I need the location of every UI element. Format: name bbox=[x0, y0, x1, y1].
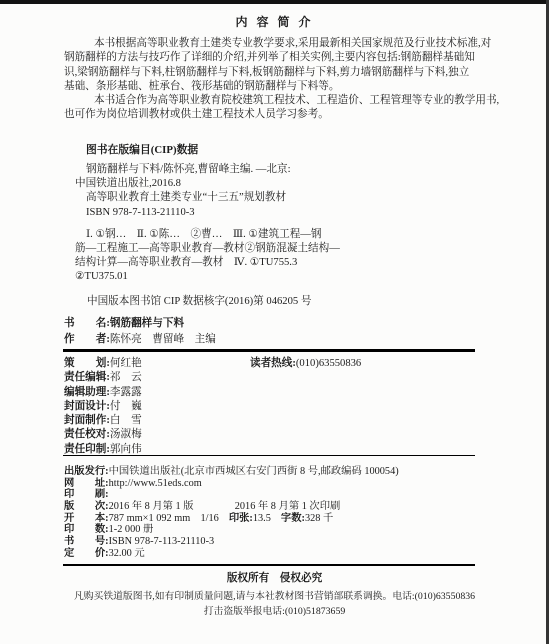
publishing-label: 开 本: bbox=[64, 513, 109, 524]
wordcount-label: 字数: bbox=[281, 513, 305, 524]
staff-value: 祁 云 bbox=[110, 372, 142, 383]
staff-value: 何红艳 bbox=[110, 358, 142, 369]
staff-row: 责任校对:汤淑梅 bbox=[64, 428, 142, 442]
scan-edge-top bbox=[0, 0, 549, 4]
cip-line: 钢筋翻样与下料/陈怀亮,曹留峰主编. —北京: bbox=[75, 163, 340, 177]
cip-block: 钢筋翻样与下料/陈怀亮,曹留峰主编. —北京: 中国铁道出版社,2016.8 高… bbox=[75, 163, 340, 309]
wordcount-value: 328 千 bbox=[305, 513, 333, 524]
publishing-label: 书 号: bbox=[64, 536, 109, 547]
publishing-row: 出版发行:中国铁道出版社(北京市西城区右安门西街 8 号,邮政编码 100054… bbox=[64, 466, 399, 478]
staff-label: 责任校对: bbox=[64, 429, 110, 440]
staff-label: 责任印制: bbox=[64, 444, 110, 455]
cip-line: Ⅰ. ①钢… Ⅱ. ①陈… ②曹… Ⅲ. ①建筑工程—钢 bbox=[75, 228, 340, 242]
publishing-block: 出版发行:中国铁道出版社(北京市西城区右安门西街 8 号,邮政编码 100054… bbox=[64, 466, 399, 559]
publishing-row: 网 址:http://www.51eds.com bbox=[64, 478, 399, 490]
publishing-value: ISBN 978-7-113-21110-3 bbox=[109, 536, 215, 547]
staff-label: 策 划: bbox=[64, 358, 110, 369]
publishing-row: 定 价:32.00 元 bbox=[64, 548, 399, 560]
cip-record: 中国版本图书馆 CIP 数据核字(2016)第 046205 号 bbox=[75, 295, 340, 309]
book-title-row: 书 名:钢筋翻样与下料 bbox=[64, 316, 216, 332]
staff-value: 付 巍 bbox=[110, 401, 142, 412]
intro-line: 本书根据高等职业教育土建类专业教学要求,采用最新相关国家规范及行业技术标准,对 bbox=[64, 37, 506, 51]
cip-line: ②TU375.01 bbox=[75, 270, 340, 284]
divider-thin bbox=[63, 455, 475, 456]
intro-line: 基础、条形基础、桩承台、筏形基础的钢筋翻样与下料等。 bbox=[64, 80, 506, 94]
staff-row: 策 划:何红艳 bbox=[64, 357, 142, 371]
publishing-value: 2016 年 8 月第 1 版 2016 年 8 月第 1 次印刷 bbox=[109, 501, 341, 512]
publishing-value: 32.00 元 bbox=[109, 548, 145, 559]
book-author-label: 作 者: bbox=[64, 334, 110, 345]
intro-title: 内 容 简 介 bbox=[0, 13, 549, 30]
format-size: 787 mm×1 092 mm 1/16 bbox=[109, 513, 219, 524]
copyright-page: 内 容 简 介 本书根据高等职业教育土建类专业教学要求,采用最新相关国家规范及行… bbox=[0, 0, 549, 644]
publishing-row: 印 数:1-2 000 册 bbox=[64, 524, 399, 536]
publishing-format-row: 开 本:787 mm×1 092 mm 1/16印张:13.5字数:328 千 bbox=[64, 513, 399, 525]
cip-line: 筋—工程施工—高等职业教育—教材②钢筋混凝土结构— bbox=[75, 242, 340, 256]
publishing-label: 网 址: bbox=[64, 478, 109, 489]
staff-label: 编辑助理: bbox=[64, 387, 110, 398]
staff-row: 封面设计:付 巍 bbox=[64, 400, 142, 414]
publishing-label: 印 刷: bbox=[64, 489, 109, 500]
staff-row: 编辑助理:李露露 bbox=[64, 386, 142, 400]
publishing-value: 1-2 000 册 bbox=[109, 524, 154, 535]
publishing-label: 版 次: bbox=[64, 501, 109, 512]
book-title-label: 书 名: bbox=[64, 318, 110, 329]
book-author-value: 陈怀亮 曹留峰 主编 bbox=[110, 334, 216, 345]
book-info: 书 名:钢筋翻样与下料 作 者:陈怀亮 曹留峰 主编 bbox=[64, 316, 216, 348]
cip-heading: 图书在版编目(CIP)数据 bbox=[86, 142, 198, 157]
anti-piracy-line: 打击盗版举报电话:(010)51873659 bbox=[0, 603, 549, 617]
divider-thick-bottom bbox=[63, 564, 475, 566]
publishing-row: 印 刷: bbox=[64, 489, 399, 501]
publishing-value: 中国铁道出版社(北京市西城区右安门西街 8 号,邮政编码 100054) bbox=[109, 466, 399, 477]
staff-value: 李露露 bbox=[110, 387, 142, 398]
staff-value: 汤淑梅 bbox=[110, 429, 142, 440]
intro-paragraphs: 本书根据高等职业教育土建类专业教学要求,采用最新相关国家规范及行业技术标准,对 … bbox=[64, 37, 506, 123]
divider-thick-top bbox=[63, 349, 475, 352]
staff-value: 郭向伟 bbox=[110, 444, 142, 455]
book-title-value: 钢筋翻样与下料 bbox=[110, 318, 184, 329]
hotline-label: 读者热线: bbox=[250, 358, 296, 369]
intro-line: 钢筋翻样的方法与技巧作了详细的介绍,并列举了相关实例,主要内容包括:钢筋翻样基础… bbox=[64, 51, 506, 65]
staff-row: 封面制作:白 雪 bbox=[64, 414, 142, 428]
publishing-label: 印 数: bbox=[64, 524, 109, 535]
cip-line: 高等职业教育土建类专业“十三五”规划教材 bbox=[75, 191, 340, 205]
cip-line: 结构计算—高等职业教育—教材 Ⅳ. ①TU755.3 bbox=[75, 256, 340, 270]
staff-value: 白 雪 bbox=[110, 415, 142, 426]
publishing-label: 定 价: bbox=[64, 548, 109, 559]
publishing-row: 版 次:2016 年 8 月第 1 版 2016 年 8 月第 1 次印刷 bbox=[64, 501, 399, 513]
hotline-value: (010)63550836 bbox=[296, 358, 361, 369]
staff-label: 责任编辑: bbox=[64, 372, 110, 383]
staff-label: 封面制作: bbox=[64, 415, 110, 426]
publishing-row: 书 号:ISBN 978-7-113-21110-3 bbox=[64, 536, 399, 548]
cip-line: 中国铁道出版社,2016.8 bbox=[75, 177, 340, 191]
purchase-note: 凡购买铁道版图书,如有印制质量问题,请与本社教材图书营销部联系调换。电话:(01… bbox=[0, 588, 549, 602]
reader-hotline: 读者热线:(010)63550836 bbox=[250, 357, 361, 371]
sheets-value: 13.5 bbox=[253, 513, 271, 524]
staff-block: 读者热线:(010)63550836 策 划:何红艳 责任编辑:祁 云 编辑助理… bbox=[64, 357, 142, 457]
staff-row: 责任编辑:祁 云 bbox=[64, 371, 142, 385]
publishing-label: 出版发行: bbox=[64, 466, 109, 477]
intro-line: 本书适合作为高等职业教育院校建筑工程技术、工程造价、工程管理等专业的教学用书, bbox=[64, 94, 506, 108]
intro-line: 也可作为岗位培训教材或供土建工程技术人员学习参考。 bbox=[64, 108, 506, 122]
copyright-notice: 版权所有 侵权必究 bbox=[0, 570, 549, 585]
intro-line: 识,梁钢筋翻样与下料,柱钢筋翻样与下料,板钢筋翻样与下料,剪力墙钢筋翻样与下料,… bbox=[64, 66, 506, 80]
sheets-label: 印张: bbox=[229, 513, 253, 524]
publishing-value: http://www.51eds.com bbox=[109, 478, 202, 489]
cip-line: ISBN 978-7-113-21110-3 bbox=[75, 206, 340, 220]
book-author-row: 作 者:陈怀亮 曹留峰 主编 bbox=[64, 332, 216, 348]
staff-label: 封面设计: bbox=[64, 401, 110, 412]
